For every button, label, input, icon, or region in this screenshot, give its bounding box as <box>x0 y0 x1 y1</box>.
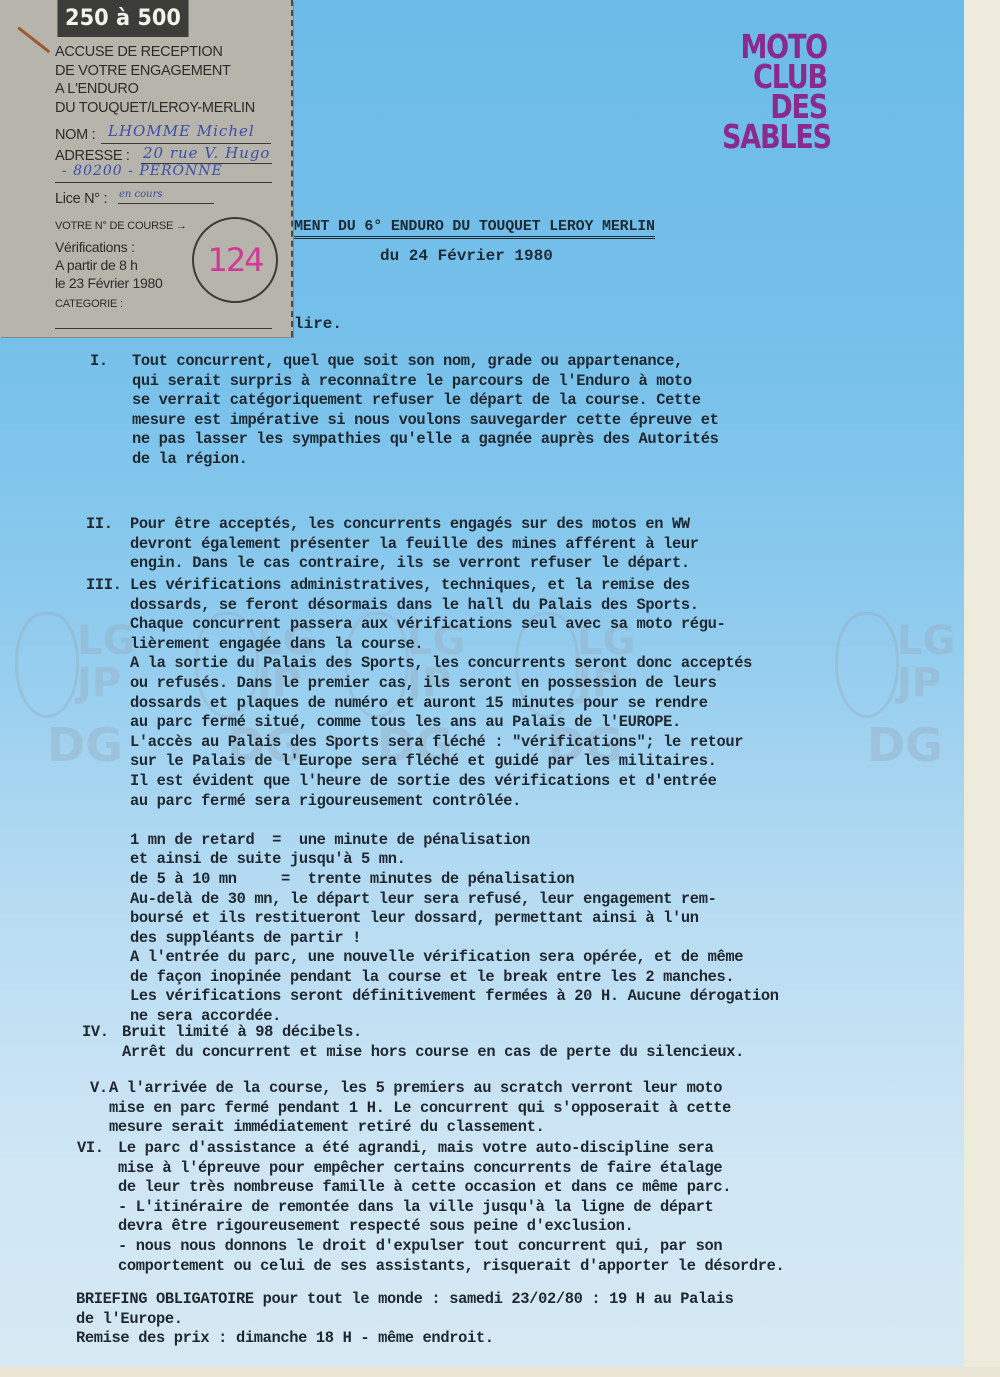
section-line: Les vérifications seront définitivement … <box>130 987 779 1007</box>
section-line: de façon inopinée pendant la course et l… <box>130 968 779 988</box>
section-line: comportement ou celui de ses assistants,… <box>118 1257 784 1277</box>
section-number: I. <box>90 352 108 372</box>
section-line: engin. Dans le cas contraire, ils se ver… <box>130 554 699 574</box>
section-line: boursé et ils restitueront leur dossard,… <box>130 909 779 929</box>
watermark-text: LG <box>897 618 955 664</box>
watermark-text: JP <box>897 660 941 706</box>
section-line: A l'arrivée de la course, les 5 premiers… <box>109 1079 731 1099</box>
verification-line: A partir de 8 h <box>55 256 162 274</box>
section-line: Arrêt du concurrent et mise hors course … <box>122 1043 744 1063</box>
pin-icon <box>17 26 50 53</box>
adresse-label: ADRESSE : <box>55 148 130 164</box>
section-number: V. <box>90 1079 108 1099</box>
footer-line: Remise des prix : dimanche 18 H - même e… <box>76 1329 734 1349</box>
section-line: de 5 à 10 mn = trente minutes de pénalis… <box>130 870 779 890</box>
section-number: II. <box>86 515 113 535</box>
nom-label: NOM : <box>55 127 95 143</box>
section-line: sur le Palais de l'Europe sera fléché et… <box>130 752 779 772</box>
race-number: 124 <box>192 217 278 303</box>
section-line: mise à l'épreuve pour empêcher certains … <box>118 1159 784 1179</box>
section-line: Pour être acceptés, les concurrents enga… <box>130 515 699 535</box>
section-number: IV. <box>82 1023 109 1043</box>
section-line: ne pas lasser les sympathies qu'elle a g… <box>132 430 718 450</box>
section-line: et ainsi de suite jusqu'à 5 mn. <box>130 850 779 870</box>
card-heading-line: DE VOTRE ENGAGEMENT <box>55 62 255 81</box>
section-line: devra être rigoureusement respecté sous … <box>118 1217 784 1237</box>
section-line: mesure est impérative si nous voulons sa… <box>132 411 718 431</box>
section-line: Tout concurrent, quel que soit son nom, … <box>132 352 718 372</box>
section-line: lièrement engagée dans la course. <box>130 635 779 655</box>
section-line <box>130 811 779 831</box>
section-line: 1 mn de retard = une minute de pénalisat… <box>130 831 779 851</box>
adresse-underline-2 <box>55 182 272 183</box>
section-line: Le parc d'assistance a été agrandi, mais… <box>118 1139 784 1159</box>
section-line: devront également présenter la feuille d… <box>130 535 699 555</box>
section-line: dossards, se feront désormais dans le ha… <box>130 596 779 616</box>
section-line: Au-delà de 30 mn, le départ leur sera re… <box>130 890 779 910</box>
section-line: - nous nous donnons le droit d'expulser … <box>118 1237 784 1257</box>
reception-card: 250 à 500 ACCUSE DE RECEPTION DE VOTRE E… <box>0 0 293 337</box>
section-1: I.Tout concurrent, quel que soit son nom… <box>90 352 718 470</box>
licence-value: en cours <box>119 189 163 200</box>
displacement-badge: 250 à 500 <box>57 0 188 37</box>
section-number: VI. <box>77 1139 104 1159</box>
footer-notes: BRIEFING OBLIGATOIRE pour tout le monde … <box>76 1290 734 1349</box>
section-line: Chaque concurrent passera aux vérificati… <box>130 615 779 635</box>
moto-club-logo: MOTO CLUB DES SABLES <box>722 32 820 152</box>
section-line: ou refusés. Dans le premier cas, ils ser… <box>130 674 779 694</box>
section-line: des suppléants de partir ! <box>130 929 779 949</box>
section-line: A l'entrée du parc, une nouvelle vérific… <box>130 948 779 968</box>
verification-line: Vérifications : <box>55 238 162 256</box>
course-number-label: VOTRE N° DE COURSE → <box>55 220 187 232</box>
nom-value: LHOMME Michel <box>108 122 255 140</box>
section-line: - L'itinéraire de remontée dans la ville… <box>118 1198 784 1218</box>
section-line: Les vérifications administratives, techn… <box>130 576 779 596</box>
section-number: III. <box>86 576 122 596</box>
section-6: VI.Le parc d'assistance a été agrandi, m… <box>77 1139 784 1276</box>
section-4: IV.Bruit limité à 98 décibels.Arrêt du c… <box>82 1023 744 1062</box>
section-line: se verrait catégoriquement refuser le dé… <box>132 391 718 411</box>
card-heading-line: ACCUSE DE RECEPTION <box>55 43 255 62</box>
adresse-value-2: - 80200 - PERONNE <box>62 163 223 179</box>
section-line: mise en parc fermé pendant 1 H. Le concu… <box>109 1099 731 1119</box>
section-line: Il est évident que l'heure de sortie des… <box>130 772 779 792</box>
section-line: dossards et plaques de numéro et auront … <box>130 694 779 714</box>
categorie-label: CATEGORIE : <box>55 298 123 310</box>
section-line: qui serait surpris à reconnaître le parc… <box>132 372 718 392</box>
watermark-face-icon <box>835 612 899 718</box>
section-line: Bruit limité à 98 décibels. <box>122 1023 744 1043</box>
card-heading: ACCUSE DE RECEPTION DE VOTRE ENGAGEMENT … <box>55 43 255 118</box>
intro-text: lire. <box>294 315 342 333</box>
logo-line: SABLES <box>722 122 827 152</box>
section-line: A la sortie du Palais des Sports, les co… <box>130 654 779 674</box>
section-5: V.A l'arrivée de la course, les 5 premie… <box>90 1079 731 1138</box>
section-line: mesure serait immédiatement retiré du cl… <box>109 1118 731 1138</box>
verification-line: le 23 Février 1980 <box>55 274 162 292</box>
section-3: III.Les vérifications administratives, t… <box>86 576 779 1027</box>
categorie-underline <box>55 328 272 329</box>
section-line: au parc fermé situé, comme tous les ans … <box>130 713 779 733</box>
watermark-text: DG <box>867 718 943 772</box>
scan-margin-right <box>964 0 1000 1377</box>
footer-line: de l'Europe. <box>76 1310 734 1330</box>
verification-info: Vérifications : A partir de 8 h le 23 Fé… <box>55 238 162 292</box>
card-heading-line: A L'ENDURO <box>55 80 255 99</box>
document-subtitle: du 24 Février 1980 <box>380 247 553 265</box>
section-line: L'accès au Palais des Sports sera fléché… <box>130 733 779 753</box>
watermark-face-icon <box>15 612 79 718</box>
document-title: MENT DU 6° ENDURO DU TOUQUET LEROY MERLI… <box>294 218 655 239</box>
section-line: de la région. <box>132 450 718 470</box>
licence-label: Lice N° : <box>55 191 107 207</box>
section-line: de leur très nombreuse famille à cette o… <box>118 1178 784 1198</box>
footer-line: BRIEFING OBLIGATOIRE pour tout le monde … <box>76 1290 734 1310</box>
licence-underline <box>118 203 214 204</box>
section-2: II.Pour être acceptés, les concurrents e… <box>86 515 699 574</box>
scan-margin-bottom <box>0 1367 1000 1377</box>
card-heading-line: DU TOUQUET/LEROY-MERLIN <box>55 99 255 118</box>
adresse-value-1: 20 rue V. Hugo <box>143 144 270 162</box>
section-line: au parc fermé sera rigoureusement contrô… <box>130 792 779 812</box>
